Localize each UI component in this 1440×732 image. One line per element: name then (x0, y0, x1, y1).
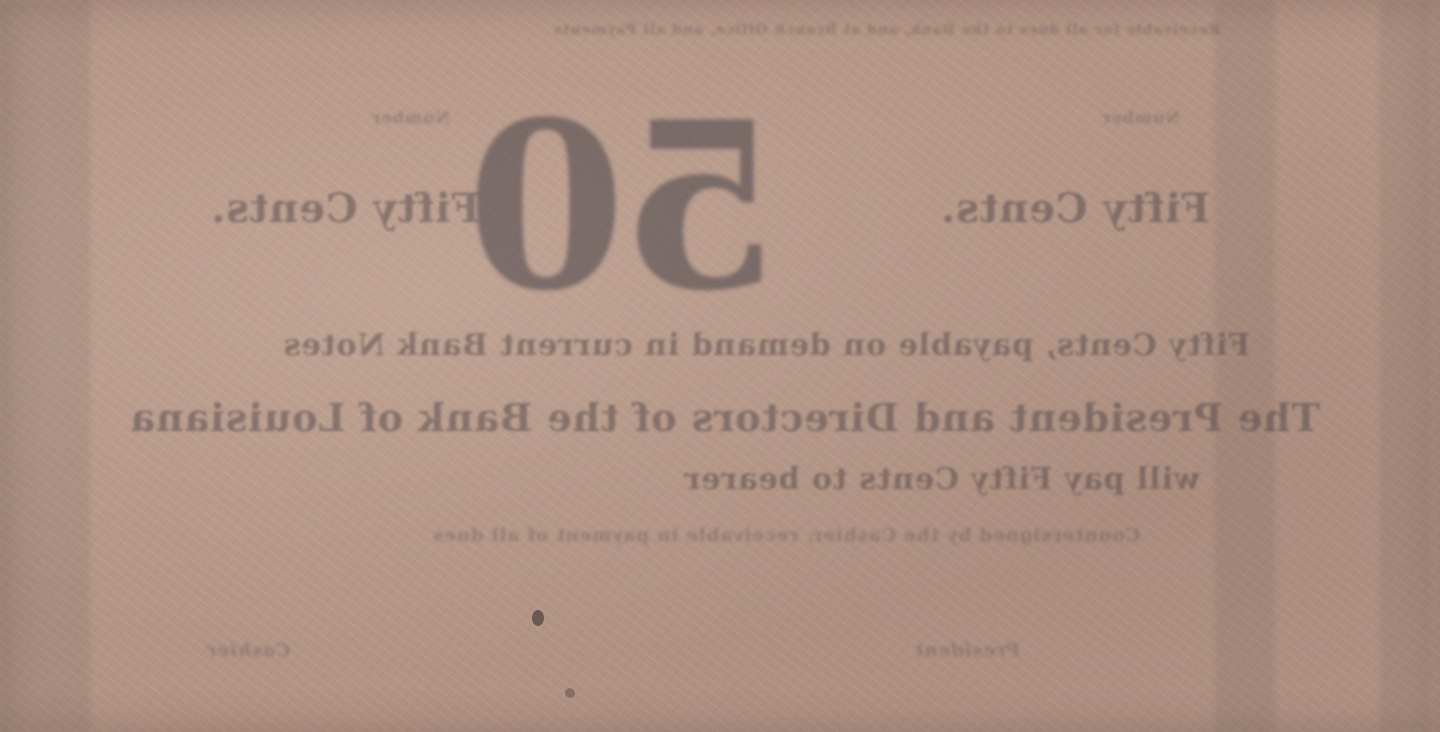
header-line: Receivable for all dues to the Bank, and… (553, 22, 1220, 38)
body-line-1: Fifty Cents, payable on demand in curren… (283, 328, 1250, 363)
mirrored-bleed-through: Receivable for all dues to the Bank, and… (0, 0, 1440, 732)
denomination-words-right: Fifty Cents. (210, 185, 480, 232)
label-number-right: Number (371, 108, 450, 127)
ink-spot (565, 688, 575, 698)
banknote-reverse: Receivable for all dues to the Bank, and… (0, 0, 1440, 732)
signature-right: President (914, 640, 1020, 661)
label-number-left: Number (1101, 108, 1180, 127)
denomination-numeral: 50 (472, 92, 780, 322)
denomination-words-left: Fifty Cents. (940, 185, 1210, 232)
ink-spot (532, 610, 544, 626)
body-line-4: Countersigned by the Cashier, receivable… (432, 525, 1140, 546)
body-line-3: will pay Fifty Cents to bearer (683, 462, 1200, 497)
signature-left: Cashier (206, 640, 290, 661)
body-line-2: The President and Directors of the Bank … (129, 395, 1320, 440)
